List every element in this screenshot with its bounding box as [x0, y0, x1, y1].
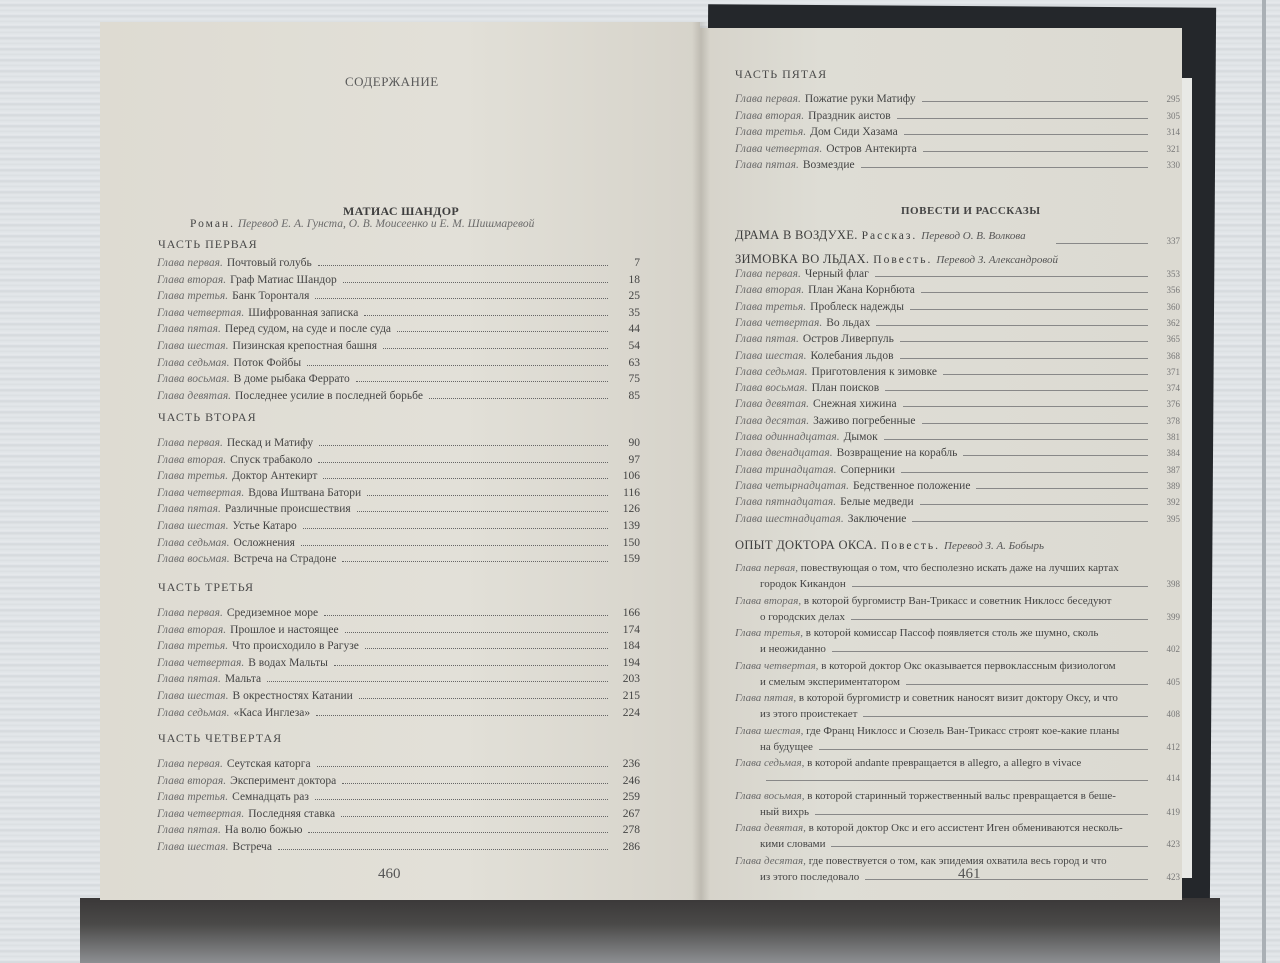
leader-dots [963, 455, 1148, 456]
work-kind: Роман. [190, 218, 235, 230]
leader-dots [301, 545, 608, 546]
leader-dots [766, 780, 1148, 781]
chapter-number: Глава пятая. [157, 673, 221, 685]
chapter-number: Глава вторая. [735, 284, 804, 296]
chapter-number: Глава третья, [735, 627, 803, 639]
chapter-number: Глава первая, [735, 562, 798, 574]
story-title: ДРАМА В ВОЗДУХЕ. [735, 228, 858, 242]
chapter-number: Глава четвертая. [157, 657, 244, 669]
toc-row: Глава девятая.Снежная хижина376 [735, 398, 1180, 410]
chapter-number: Глава десятая. [735, 415, 809, 427]
leader-dots [920, 504, 1148, 505]
chapter-number: Глава шестая, [735, 725, 803, 737]
leader-dots [367, 495, 608, 496]
chapter-title: Праздник аистов [808, 110, 891, 122]
leader-dots [885, 390, 1148, 391]
leader-dots [318, 462, 608, 463]
page-number: 106 [614, 470, 640, 482]
leader-dots [342, 783, 608, 784]
chapter-number: Глава первая. [157, 607, 223, 619]
story-kind: Повесть. [881, 540, 940, 552]
page-number: 337 [1154, 236, 1180, 246]
page-number: 330 [1154, 160, 1180, 170]
leader-dots [910, 309, 1148, 310]
chapter-number: Глава четырнадцатая. [735, 480, 849, 492]
toc-row: Глава вторая.Прошлое и настоящее174 [157, 624, 640, 636]
chapter-number: Глава четвертая. [157, 808, 244, 820]
chapter-title: Прошлое и настоящее [230, 624, 338, 636]
chapter-title: Колебания льдов [811, 350, 894, 362]
chapter-title: На волю божью [225, 824, 303, 836]
chapter-title: Последнее усилие в последней борьбе [235, 390, 423, 402]
toc-row-continuation: ный вихрь419 [760, 806, 1180, 818]
chapter-number: Глава первая. [735, 93, 801, 105]
toc-row: Глава пятая, в которой бургомистр и сове… [735, 692, 1118, 704]
chapter-title: Перед судом, на суде и после суда [225, 323, 391, 335]
chapter-title: Почтовый голубь [227, 257, 312, 269]
page-number: 85 [614, 390, 640, 402]
translation-credit: Перевод О. В. Волкова [921, 230, 1025, 242]
page-number: 360 [1154, 302, 1180, 312]
page-number: 365 [1154, 334, 1180, 344]
leader-dots [365, 648, 608, 649]
toc-row: Глава седьмая.Поток Фойбы63 [157, 357, 640, 369]
toc-row: Глава тринадцатая.Соперники387 [735, 464, 1180, 476]
leader-dots [364, 315, 608, 316]
leader-dots [851, 619, 1148, 620]
translation-credit: Перевод З. Александровой [936, 254, 1058, 266]
chapter-number: Глава вторая, [735, 595, 801, 607]
page-number: 25 [614, 290, 640, 302]
work-title: МАТИАС ШАНДОР [343, 204, 459, 219]
toc-row: Глава третья.Дом Сиди Хазама314 [735, 126, 1180, 138]
chapter-number: Глава восьмая. [735, 382, 808, 394]
leader-dots [904, 134, 1148, 135]
toc-row: Глава шестая.В окрестностях Катании215 [157, 690, 640, 702]
toc-row: Глава одиннадцатая.Дымок381 [735, 431, 1180, 443]
toc-row: Глава десятая, где повествуется о том, к… [735, 855, 1107, 867]
toc-row: Глава восьмая.План поисков374 [735, 382, 1180, 394]
chapter-title: Заживо погребенные [813, 415, 915, 427]
chapter-number: Глава пятая. [735, 333, 799, 345]
toc-row: Глава вторая, в которой бургомистр Ван-Т… [735, 595, 1111, 607]
page-number: 412 [1154, 742, 1180, 752]
chapter-title-line2: ный вихрь [760, 806, 809, 818]
chapter-title: Возмездие [803, 159, 855, 171]
page-number: 150 [614, 537, 640, 549]
page-number: 278 [614, 824, 640, 836]
page-number: 368 [1154, 351, 1180, 361]
page-number: 423 [1154, 839, 1180, 849]
story-title: ОПЫТ ДОКТОРА ОКСА. [735, 538, 877, 552]
chapter-number: Глава четвертая. [735, 143, 822, 155]
chapter-number: Глава пятнадцатая. [735, 496, 836, 508]
chapter-number: Глава пятая, [735, 692, 796, 704]
page-number: 246 [614, 775, 640, 787]
chapter-title-line2: и смелым экспериментатором [760, 676, 900, 688]
chapter-number: Глава четвертая. [157, 487, 244, 499]
chapter-title: Пожатие руки Матифу [805, 93, 916, 105]
page-number: 305 [1154, 111, 1180, 121]
book-bottom-edge [80, 898, 1220, 963]
page-number: 378 [1154, 416, 1180, 426]
toc-row: Глава первая, повествующая о том, что бе… [735, 562, 1119, 574]
chapter-number: Глава третья. [157, 640, 228, 652]
page-number: 267 [614, 808, 640, 820]
leader-dots [976, 488, 1148, 489]
chapter-title: Доктор Антекирт [232, 470, 317, 482]
chapter-number: Глава девятая, [735, 822, 806, 834]
chapter-number: Глава девятая. [157, 390, 231, 402]
leader-dots [852, 586, 1148, 587]
chapter-number: Глава третья. [735, 301, 806, 313]
story-wintering: ЗИМОВКА ВО ЛЬДАХ.Повесть.Перевод З. Алек… [735, 252, 1058, 267]
page-number: 139 [614, 520, 640, 532]
page-number: 389 [1154, 481, 1180, 491]
chapter-title: Бедственное положение [853, 480, 970, 492]
book-gutter [692, 22, 710, 900]
story-drama: ДРАМА В ВОЗДУХЕ.Рассказ.Перевод О. В. Во… [735, 228, 1026, 243]
chapter-title-line1: повествующая о том, что бесполезно искат… [801, 562, 1119, 574]
toc-row: Глава пятая.Перед судом, на суде и после… [157, 323, 640, 335]
toc-row: Глава шестая.Встреча286 [157, 841, 640, 853]
page-number: 7 [614, 257, 640, 269]
chapter-number: Глава пятая. [735, 159, 799, 171]
page-number: 90 [614, 437, 640, 449]
chapter-number: Глава седьмая. [157, 537, 230, 549]
chapter-title: Спуск трабаколо [230, 454, 312, 466]
leader-dots [315, 298, 608, 299]
toc-row: Глава четвертая, в которой доктор Окс ок… [735, 660, 1116, 672]
leader-dots [831, 846, 1148, 847]
toc-row: Глава третья.Банк Торонталя25 [157, 290, 640, 302]
page-number-right: 461 [958, 866, 981, 883]
leader-dots [897, 118, 1148, 119]
leader-dots [922, 101, 1148, 102]
table-board-seam [1262, 0, 1266, 963]
leader-dots [334, 665, 608, 666]
chapter-title-line2: о городских делах [760, 611, 845, 623]
chapter-title: Сеутская каторга [227, 758, 311, 770]
chapter-number: Глава вторая. [157, 775, 226, 787]
story-kind: Повесть. [873, 254, 932, 266]
page-number: 184 [614, 640, 640, 652]
page-number: 54 [614, 340, 640, 352]
toc-row-continuation: о городских делах399 [760, 611, 1180, 623]
toc-row-continuation: и неожиданно402 [760, 643, 1180, 655]
toc-row: Глава девятая.Последнее усилие в последн… [157, 390, 640, 402]
toc-row: Глава первая.Пескад и Матифу90 [157, 437, 640, 449]
chapter-number: Глава третья. [735, 126, 806, 138]
chapter-number: Глава вторая. [735, 110, 804, 122]
part-title: ЧАСТЬ ВТОРАЯ [158, 410, 257, 425]
page-number: 371 [1154, 367, 1180, 377]
leader-dots [315, 799, 608, 800]
page-number: 35 [614, 307, 640, 319]
chapter-title: Остров Антекирта [826, 143, 917, 155]
page-number: 392 [1154, 497, 1180, 507]
page-number: 203 [614, 673, 640, 685]
page-number: 97 [614, 454, 640, 466]
leader-dots [308, 832, 608, 833]
chapter-number: Глава первая. [157, 437, 223, 449]
chapter-number: Глава третья. [157, 470, 228, 482]
chapter-number: Глава третья. [157, 791, 228, 803]
chapter-title-line1: в которой бургомистр Ван-Трикасс и совет… [804, 595, 1112, 607]
toc-row: Глава четвертая.Во льдах362 [735, 317, 1180, 329]
page-number: 236 [614, 758, 640, 770]
chapter-title: Встреча на Страдоне [234, 553, 337, 565]
page-number-left: 460 [378, 866, 401, 883]
chapter-title-line1: в которой доктор Окс и его ассистент Иге… [809, 822, 1123, 834]
chapter-title: Во льдах [826, 317, 870, 329]
chapter-number: Глава седьмая. [157, 357, 230, 369]
leader-dots [356, 381, 608, 382]
chapter-title-line2: и неожиданно [760, 643, 826, 655]
chapter-title: Соперники [841, 464, 895, 476]
contents-title: СОДЕРЖАНИЕ [345, 74, 439, 90]
leader-dots [278, 849, 608, 850]
toc-row: Глава шестая.Колебания льдов368 [735, 350, 1180, 362]
leader-dots [345, 632, 608, 633]
page-number: 126 [614, 503, 640, 515]
chapter-title: Средиземное море [227, 607, 318, 619]
chapter-number: Глава четвертая. [735, 317, 822, 329]
chapter-title: В доме рыбака Феррато [234, 373, 350, 385]
chapter-title: Устье Катаро [233, 520, 297, 532]
chapter-number: Глава шестнадцатая. [735, 513, 844, 525]
toc-row: Глава шестая, где Франц Никлосс и Сюзель… [735, 725, 1119, 737]
leader-dots [267, 681, 608, 682]
toc-row: Глава третья.Проблеск надежды360 [735, 301, 1180, 313]
chapter-title: Остров Ливерпуль [803, 333, 894, 345]
page-number: 75 [614, 373, 640, 385]
toc-row: Глава пятая.Возмездие330 [735, 159, 1180, 171]
chapter-title: Мальта [225, 673, 261, 685]
toc-row-continuation: из этого проистекает408 [760, 708, 1180, 720]
leader-dots [943, 374, 1148, 375]
story-drama-page-row: 337 [1050, 236, 1180, 247]
toc-row: Глава третья.Доктор Антекирт106 [157, 470, 640, 482]
toc-row-continuation: 414 [760, 773, 1180, 784]
toc-row: Глава десятая.Заживо погребенные378 [735, 415, 1180, 427]
chapter-title-line1: где Франц Никлосс и Сюзель Ван-Трикасс с… [806, 725, 1119, 737]
chapter-number: Глава пятая. [157, 323, 221, 335]
page-number: 414 [1154, 773, 1180, 783]
page-number: 116 [614, 487, 640, 499]
leader-dots [861, 167, 1148, 168]
chapter-title: В водах Мальты [248, 657, 328, 669]
leader-dots [876, 325, 1148, 326]
chapter-title-line1: в которой доктор Окс оказывается первокл… [821, 660, 1115, 672]
toc-row: Глава вторая.План Жана Корнбюта356 [735, 284, 1180, 296]
chapter-number: Глава шестая. [157, 841, 229, 853]
chapter-number: Глава шестая. [157, 690, 229, 702]
chapter-number: Глава восьмая, [735, 790, 804, 802]
chapter-title: Различные происшествия [225, 503, 351, 515]
page-number: 353 [1154, 269, 1180, 279]
toc-row: Глава третья.Что происходило в Рагузе184 [157, 640, 640, 652]
chapter-title: Приготовления к зимовке [812, 366, 937, 378]
toc-row: Глава третья, в которой комиссар Пассоф … [735, 627, 1098, 639]
toc-row: Глава седьмая, в которой andante превращ… [735, 757, 1081, 769]
page-number: 419 [1154, 807, 1180, 817]
toc-row: Глава седьмая.«Каса Инглеза»224 [157, 707, 640, 719]
chapter-title-line2: на будущее [760, 741, 813, 753]
chapter-number: Глава девятая. [735, 398, 809, 410]
chapter-title: Заключение [848, 513, 907, 525]
chapter-number: Глава пятая. [157, 503, 221, 515]
toc-row: Глава девятая, в которой доктор Окс и ег… [735, 822, 1123, 834]
toc-row-continuation: городок Кикандон398 [760, 578, 1180, 590]
page-number: 44 [614, 323, 640, 335]
leader-dots [317, 766, 608, 767]
leader-dots [819, 749, 1148, 750]
chapter-title: Пескад и Матифу [227, 437, 313, 449]
chapter-title: Граф Матиас Шандор [230, 274, 337, 286]
toc-row: Глава четвертая.Остров Антекирта321 [735, 143, 1180, 155]
chapter-number: Глава двенадцатая. [735, 447, 833, 459]
toc-row: Глава четвертая.В водах Мальты194 [157, 657, 640, 669]
page-number: 159 [614, 553, 640, 565]
chapter-number: Глава шестая. [157, 520, 229, 532]
page-number: 215 [614, 690, 640, 702]
chapter-number: Глава одиннадцатая. [735, 431, 840, 443]
toc-row: Глава пятая.На волю божью278 [157, 824, 640, 836]
chapter-title-line1: где повествуется о том, как эпидемия охв… [809, 855, 1107, 867]
chapter-title-line2: из этого последовало [760, 871, 859, 883]
chapter-number: Глава шестая. [735, 350, 807, 362]
toc-row: Глава восьмая.Встреча на Страдоне159 [157, 553, 640, 565]
leader-dots [865, 879, 1148, 880]
page-number: 387 [1154, 465, 1180, 475]
chapter-number: Глава пятая. [157, 824, 221, 836]
toc-row: Глава пятая.Различные происшествия126 [157, 503, 640, 515]
leader-dots [316, 715, 608, 716]
chapter-title-line1: в которой andante превращается в allegro… [807, 757, 1081, 769]
page-number: 423 [1154, 872, 1180, 882]
leader-dots [903, 406, 1148, 407]
leader-dots [906, 684, 1148, 685]
chapter-title: Проблеск надежды [810, 301, 904, 313]
leader-dots [923, 151, 1148, 152]
part-title: ЧАСТЬ ТРЕТЬЯ [158, 580, 254, 595]
chapter-number: Глава четвертая. [157, 307, 244, 319]
toc-row: Глава первая.Сеутская каторга236 [157, 758, 640, 770]
leader-dots [323, 478, 608, 479]
chapter-title: «Каса Инглеза» [234, 707, 311, 719]
leader-dots [341, 816, 608, 817]
translation-credit: Перевод З. А. Бобырь [944, 540, 1044, 552]
leader-dots [863, 716, 1148, 717]
leader-dots [832, 651, 1148, 652]
chapter-title: Встреча [233, 841, 272, 853]
toc-row: Глава третья.Семнадцать раз259 [157, 791, 640, 803]
page-number: 402 [1154, 644, 1180, 654]
page-number: 174 [614, 624, 640, 636]
part-title: ЧАСТЬ ПЕРВАЯ [158, 237, 258, 252]
page-number: 18 [614, 274, 640, 286]
toc-row: Глава восьмая.В доме рыбака Феррато75 [157, 373, 640, 385]
page-number: 399 [1154, 612, 1180, 622]
page-number: 166 [614, 607, 640, 619]
chapter-title: Что происходило в Рагузе [232, 640, 359, 652]
toc-row-continuation: на будущее412 [760, 741, 1180, 753]
leader-dots [357, 511, 608, 512]
toc-row: Глава седьмая.Приготовления к зимовке371 [735, 366, 1180, 378]
toc-row: Глава вторая.Праздник аистов305 [735, 110, 1180, 122]
chapter-title: Поток Фойбы [234, 357, 302, 369]
page-number: 362 [1154, 318, 1180, 328]
translation-credit: Перевод Е. А. Гунста, О. В. Моисеенко и … [238, 218, 534, 230]
chapter-number: Глава четвертая, [735, 660, 818, 672]
chapter-title-line2: из этого проистекает [760, 708, 857, 720]
page-number: 398 [1154, 579, 1180, 589]
leader-dots [319, 445, 608, 446]
leader-dots [900, 341, 1148, 342]
chapter-title-line1: в которой старинный торжественный вальс … [807, 790, 1116, 802]
page-number: 224 [614, 707, 640, 719]
chapter-title: Шифрованная записка [248, 307, 358, 319]
chapter-number: Глава первая. [735, 268, 801, 280]
leader-dots [875, 276, 1148, 277]
chapter-number: Глава седьмая. [157, 707, 230, 719]
story-title: ЗИМОВКА ВО ЛЬДАХ. [735, 252, 869, 266]
chapter-title-line1: в которой комиссар Пассоф появляется сто… [806, 627, 1099, 639]
chapter-number: Глава вторая. [157, 454, 226, 466]
page-number: 381 [1154, 432, 1180, 442]
toc-row: Глава двенадцатая.Возвращение на корабль… [735, 447, 1180, 459]
page-number: 384 [1154, 448, 1180, 458]
chapter-title-line2: городок Кикандон [760, 578, 846, 590]
leader-dots [303, 528, 608, 529]
toc-row: Глава пятая.Остров Ливерпуль365 [735, 333, 1180, 345]
toc-row: Глава шестая.Пизинская крепостная башня5… [157, 340, 640, 352]
chapter-title: План поисков [812, 382, 880, 394]
leader-dots [921, 292, 1148, 293]
story-kind: Рассказ. [862, 230, 918, 242]
leader-dots [342, 561, 608, 562]
chapter-title: Семнадцать раз [232, 791, 309, 803]
part-title: ЧАСТЬ ЧЕТВЕРТАЯ [158, 731, 282, 746]
leader-dots [884, 439, 1148, 440]
leader-dots [900, 358, 1148, 359]
chapter-title-line1: в которой бургомистр и советник наносят … [799, 692, 1118, 704]
chapter-title: Вдова Иштвана Батори [248, 487, 361, 499]
chapter-number: Глава третья. [157, 290, 228, 302]
chapter-number: Глава седьмая, [735, 757, 804, 769]
leader-dots [397, 331, 608, 332]
page-number: 395 [1154, 514, 1180, 524]
chapter-number: Глава десятая, [735, 855, 806, 867]
toc-row: Глава четвертая.Вдова Иштвана Батори116 [157, 487, 640, 499]
toc-row: Глава шестая.Устье Катаро139 [157, 520, 640, 532]
leader-dots [922, 423, 1148, 424]
stories-heading: ПОВЕСТИ И РАССКАЗЫ [901, 205, 1041, 217]
chapter-number: Глава первая. [157, 257, 223, 269]
chapter-number: Глава вторая. [157, 624, 226, 636]
chapter-title: План Жана Корнбюта [808, 284, 915, 296]
chapter-title: Возвращение на корабль [837, 447, 958, 459]
toc-row: Глава четвертая.Шифрованная записка35 [157, 307, 640, 319]
toc-row-continuation: и смелым экспериментатором405 [760, 676, 1180, 688]
leader-dots [359, 698, 608, 699]
page-number: 408 [1154, 709, 1180, 719]
leader-dots [318, 265, 608, 266]
toc-row: Глава пятая.Мальта203 [157, 673, 640, 685]
toc-row: Глава первая.Средиземное море166 [157, 607, 640, 619]
chapter-title: Банк Торонталя [232, 290, 309, 302]
